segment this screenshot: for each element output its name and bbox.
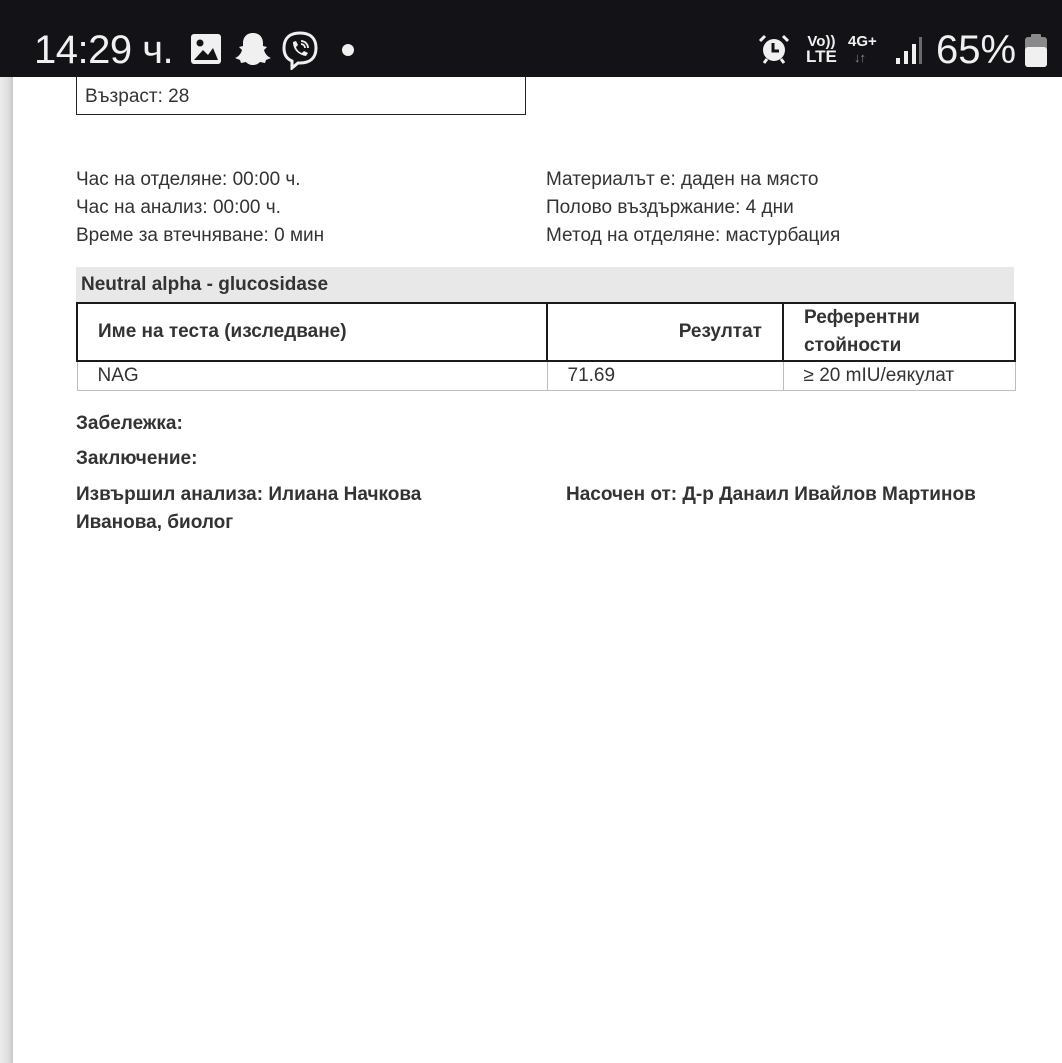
header-reference: Референтни стойности bbox=[783, 303, 1015, 361]
liquefaction-time: Време за втечняване: 0 мин bbox=[76, 222, 324, 250]
section-header: Neutral alpha - glucosidase bbox=[76, 267, 1014, 302]
4g-plus-icon: 4G+ bbox=[848, 34, 877, 49]
snapchat-icon bbox=[234, 31, 272, 72]
table-header-row: Име на теста (изследване) Резултат Рефер… bbox=[77, 303, 1015, 361]
viber-icon bbox=[280, 30, 320, 75]
battery-icon bbox=[1024, 34, 1048, 73]
signal-icon bbox=[894, 36, 924, 71]
material-location: Материалът е: даден на място bbox=[546, 166, 840, 194]
performed-by: Извършил анализа: Илиана Начкова Иванова… bbox=[76, 481, 496, 537]
results-table: Име на теста (изследване) Резултат Рефер… bbox=[76, 302, 1016, 391]
header-test-name: Име на теста (изследване) bbox=[77, 303, 547, 361]
patient-age: Възраст: 28 bbox=[85, 86, 189, 108]
cell-reference: ≥ 20 mIU/еякулат bbox=[783, 361, 1015, 391]
battery-percent: 65% bbox=[936, 28, 1016, 72]
data-arrows-icon: ↓↑ bbox=[854, 50, 865, 65]
sample-info-right: Материалът е: даден на място Полово възд… bbox=[546, 166, 840, 250]
volte-icon: Vo)) LTE bbox=[806, 34, 837, 64]
page-edge-shadow bbox=[0, 77, 13, 1063]
referred-by: Насочен от: Д-р Данаил Ивайлов Мартинов bbox=[566, 481, 976, 509]
section-title: Neutral alpha - glucosidase bbox=[81, 274, 328, 296]
collection-time: Час на отделяне: 00:00 ч. bbox=[76, 166, 324, 194]
sample-info-left: Час на отделяне: 00:00 ч. Час на анализ:… bbox=[76, 166, 324, 250]
note-label: Забележка: bbox=[76, 413, 183, 435]
table-row: NAG 71.69 ≥ 20 mIU/еякулат bbox=[77, 361, 1015, 391]
collection-method: Метод на отделяне: мастурбация bbox=[546, 222, 840, 250]
alarm-icon bbox=[758, 33, 790, 70]
cell-result: 71.69 bbox=[547, 361, 783, 391]
conclusion-label: Заключение: bbox=[76, 448, 197, 470]
header-result: Резултат bbox=[547, 303, 783, 361]
status-bar: 14:29 ч. Vo)) LTE 4G+ ↓↑ 65% bbox=[0, 0, 1062, 77]
cell-test-name: NAG bbox=[77, 361, 547, 391]
clock: 14:29 ч. bbox=[34, 28, 173, 72]
more-dot-icon bbox=[342, 44, 354, 56]
gallery-icon bbox=[190, 33, 222, 70]
abstinence: Полово въздържание: 4 дни bbox=[546, 194, 840, 222]
document-page: Възраст: 28 Час на отделяне: 00:00 ч. Ча… bbox=[0, 0, 1062, 1063]
analysis-time: Час на анализ: 00:00 ч. bbox=[76, 194, 324, 222]
